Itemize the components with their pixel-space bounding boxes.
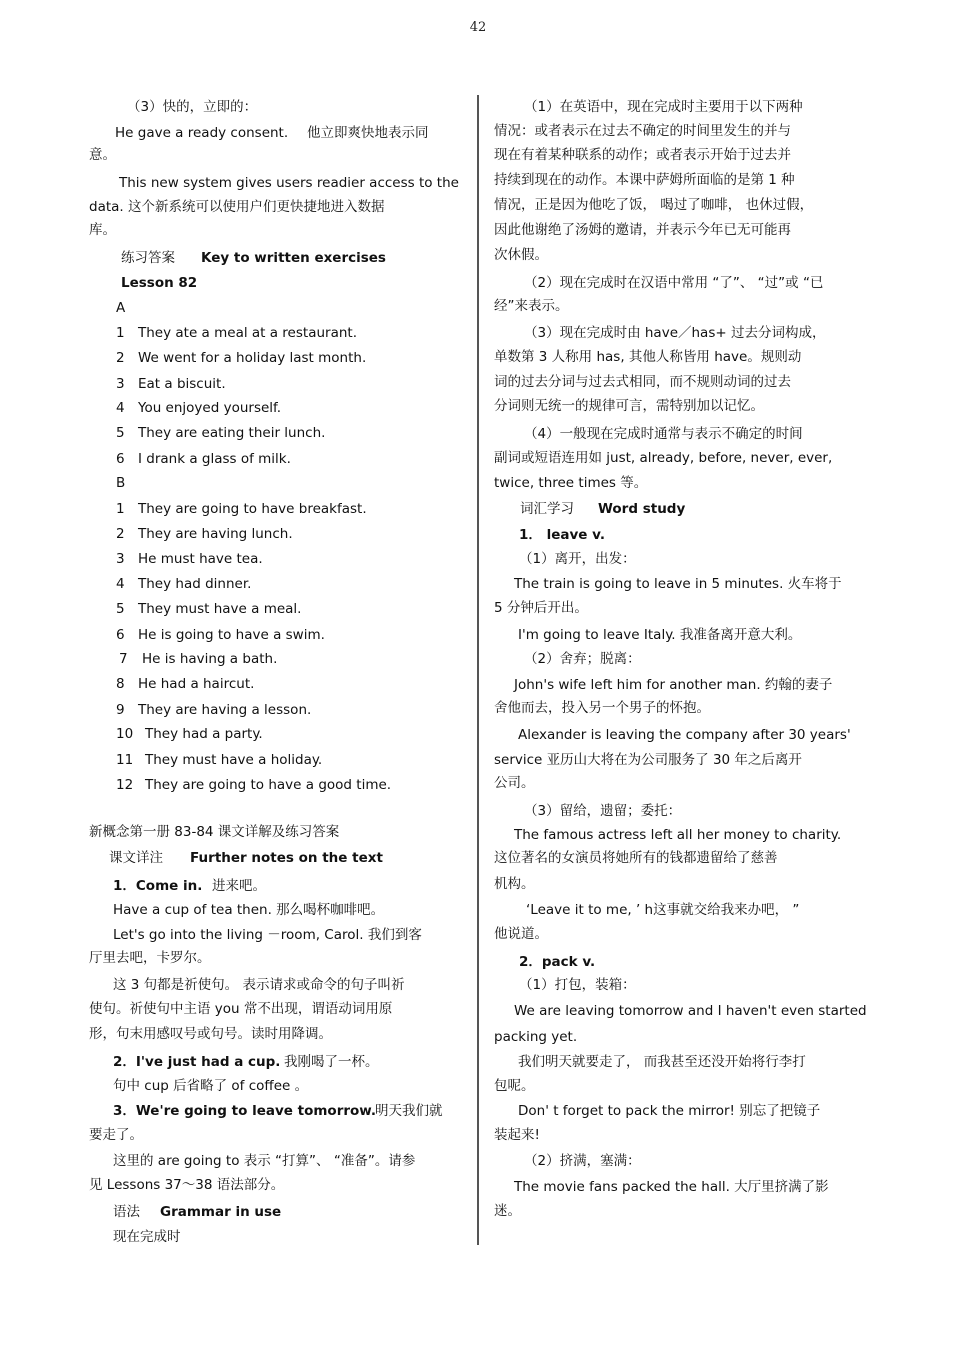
section-heading-en: Word study: [598, 500, 685, 518]
grammar-paragraph: 情况，正是因为他吃了饭， 喝过了咖啡， 也休过假，: [494, 196, 813, 214]
answer-text: He is having a bath.: [142, 650, 277, 668]
grammar-paragraph: 词的过去分词与过去式相同，而不规则动词的过去: [494, 373, 791, 391]
word-sense: （1）离开，出发：: [519, 550, 636, 568]
grammar-paragraph: 持续到现在的动作。本课中萨姆所面临的是第 1 种: [494, 171, 795, 189]
section-heading-zh: 课文详注: [109, 849, 163, 867]
answer-text: I drank a glass of milk.: [138, 450, 291, 468]
example-en-cont: data. 这个新系统可以使用户们更快捷地进入数据: [89, 198, 385, 216]
answer-text: They are going to have breakfast.: [138, 500, 367, 518]
exercise-label: B: [116, 474, 125, 492]
word-example-cont: 公司。: [494, 774, 535, 792]
word-sense: （3）留给，遗留；委托：: [524, 802, 681, 820]
example-en: This new system gives users readier acce…: [119, 174, 459, 192]
answer-number: 2: [116, 349, 125, 367]
note-explanation: 形，句末用感叹号或句号。读时用降调。: [89, 1025, 332, 1043]
answer-text: They are having lunch.: [138, 525, 293, 543]
answer-text: They are going to have a good time.: [145, 776, 391, 794]
example-zh: 他立即爽快地表示同: [307, 124, 429, 142]
word-example: John's wife left him for another man. 约翰…: [514, 676, 832, 694]
word-example: Don' t forget to pack the mirror! 别忘了把镜子: [518, 1102, 820, 1120]
section-heading-zh: 语法: [113, 1203, 140, 1221]
word-example: Alexander is leaving the company after 3…: [518, 726, 851, 744]
grammar-paragraph: （4）一般现在完成时通常与表示不确定的时间: [524, 425, 803, 443]
note-label: 2．I've just had a cup.: [113, 1053, 280, 1071]
answer-number: 11: [116, 751, 133, 769]
note-translation: 我刚喝了一杯。: [284, 1053, 379, 1071]
word-example-cont: packing yet.: [494, 1028, 577, 1046]
word-example-cont: 迷。: [494, 1202, 521, 1220]
grammar-paragraph: 因此他谢绝了汤姆的邀请，并表示今年已无可能再: [494, 221, 791, 239]
grammar-paragraph: （1）在英语中，现在完成时主要用于以下两种: [524, 98, 803, 116]
word-example-cont: 这位著名的女演员将她所有的钱都遗留给了慈善: [494, 849, 778, 867]
example-zh-cont: 库。: [89, 221, 116, 239]
grammar-paragraph: （2）现在完成时在汉语中常用 “了”、 “过”或 “已: [524, 274, 823, 292]
answer-text: They ate a meal at a restaurant.: [138, 324, 357, 342]
word-sense: （1）打包，装箱：: [519, 976, 636, 994]
page-number: 42: [0, 20, 956, 35]
grammar-paragraph: 现在有着某种联系的动作；或者表示开始于过去并: [494, 146, 791, 164]
answer-text: They are eating their lunch.: [138, 424, 325, 442]
answer-text: They had a party.: [145, 725, 263, 743]
exercise-label: A: [116, 299, 125, 317]
answer-number: 12: [116, 776, 133, 794]
section-heading-en: Further notes on the text: [190, 849, 383, 867]
word-example: I'm going to leave Italy. 我准备离开意大利。: [518, 626, 801, 644]
answer-text: He is going to have a swim.: [138, 626, 325, 644]
word-example: The famous actress left all her money to…: [514, 826, 841, 844]
answer-text: You enjoyed yourself.: [138, 399, 281, 417]
note-explanation: 这 3 句都是祈使句。 表示请求或命令的句子叫祈: [113, 976, 404, 994]
column-divider: [477, 95, 479, 1245]
answer-number: 4: [116, 399, 125, 417]
word-example-zh: 我们明天就要走了， 而我甚至还没开始将行李打: [518, 1053, 806, 1071]
section-heading-zh: 词汇学习: [520, 500, 574, 518]
word-example-cont: 他说道。: [494, 925, 548, 943]
word-entry-label: 1． leave v.: [519, 526, 605, 544]
note-explanation: 见 Lessons 37～38 语法部分。: [89, 1176, 284, 1194]
note-example-cont: 厅里去吧，卡罗尔。: [89, 949, 211, 967]
answer-text: Eat a biscuit.: [138, 375, 226, 393]
note-label: 3．We're going to leave tomorrow.: [113, 1102, 376, 1120]
note-explanation: 句中 cup 后省略了 of coffee 。: [113, 1077, 308, 1095]
answer-text: They must have a holiday.: [145, 751, 322, 769]
note-explanation: 这里的 are going to 表示 “打算”、 “准备”。请参: [113, 1152, 415, 1170]
word-example: The train is going to leave in 5 minutes…: [514, 575, 842, 593]
example-en: He gave a ready consent.: [115, 124, 288, 142]
word-example: ‘Leave it to me, ’ h这事就交给我来办吧， ”: [526, 901, 799, 919]
answer-text: They must have a meal.: [138, 600, 301, 618]
answer-number: 10: [116, 725, 133, 743]
answer-number: 6: [116, 626, 125, 644]
word-example-cont: service 亚历山大将在为公司服务了 30 年之后离开: [494, 751, 802, 769]
chapter-title: 新概念第一册 83-84 课文详解及练习答案: [89, 823, 339, 841]
answer-text: We went for a holiday last month.: [138, 349, 366, 367]
note-example: Have a cup of tea then. 那么喝杯咖啡吧。: [113, 901, 384, 919]
word-entry-label: 2．pack v.: [519, 953, 595, 971]
example-zh-cont: 意。: [89, 146, 116, 164]
word-example-cont: 舍他而去，投入另一个男子的怀抱。: [494, 699, 710, 717]
grammar-paragraph: 分词则无统一的规律可言，需特别加以记忆。: [494, 397, 764, 415]
grammar-paragraph: twice, three times 等。: [494, 474, 647, 492]
answer-number: 5: [116, 600, 125, 618]
answer-number: 1: [116, 500, 125, 518]
answer-number: 7: [119, 650, 128, 668]
answer-number: 4: [116, 575, 125, 593]
note-translation: 明天我们就: [375, 1102, 443, 1120]
answer-number: 8: [116, 675, 125, 693]
note-translation: 进来吧。: [212, 877, 266, 895]
answer-number: 3: [116, 550, 125, 568]
word-example-cont: 机构。: [494, 875, 535, 893]
answer-text: He must have tea.: [138, 550, 263, 568]
answer-number: 5: [116, 424, 125, 442]
grammar-paragraph: 情况：或者表示在过去不确定的时间里发生的并与: [494, 122, 791, 140]
word-example: We are leaving tomorrow and I haven't ev…: [514, 1002, 867, 1020]
word-sense: （2）舍弃；脱离：: [524, 650, 641, 668]
answer-number: 6: [116, 450, 125, 468]
grammar-paragraph: （3）现在完成时由 have／has+ 过去分词构成，: [524, 324, 825, 342]
note-example: Let's go into the living －room, Carol. 我…: [113, 926, 422, 944]
word-example-zh-cont: 包呢。: [494, 1077, 535, 1095]
note-label: 1．Come in.: [113, 877, 202, 895]
word-example-cont: 5 分钟后开出。: [494, 599, 588, 617]
word-sense: （2）挤满，塞满：: [524, 1152, 641, 1170]
note-explanation: 使句。祈使句中主语 you 常不出现，谓语动词用原: [89, 1000, 392, 1018]
answer-text: They are having a lesson.: [138, 701, 311, 719]
grammar-topic: 现在完成时: [113, 1228, 181, 1246]
answer-number: 9: [116, 701, 125, 719]
answer-text: He had a haircut.: [138, 675, 254, 693]
answer-number: 3: [116, 375, 125, 393]
grammar-paragraph: 副词或短语连用如 just, already, before, never, e…: [494, 449, 832, 467]
grammar-paragraph: 单数第 3 人称用 has, 其他人称皆用 have。规则动: [494, 348, 801, 366]
grammar-paragraph: 经”来表示。: [494, 297, 569, 315]
answer-number: 2: [116, 525, 125, 543]
grammar-paragraph: 次休假。: [494, 246, 548, 264]
lesson-title: Lesson 82: [121, 274, 197, 292]
note-translation-cont: 要走了。: [89, 1126, 143, 1144]
section-heading-en: Key to written exercises: [201, 249, 386, 267]
word-example: The movie fans packed the hall. 大厅里挤满了影: [514, 1178, 829, 1196]
section-heading-en: Grammar in use: [160, 1203, 281, 1221]
section-heading-zh: 练习答案: [121, 249, 175, 267]
definition-heading: （3）快的，立即的：: [127, 98, 257, 116]
word-example-cont: 装起来!: [494, 1126, 540, 1144]
answer-text: They had dinner.: [138, 575, 251, 593]
answer-number: 1: [116, 324, 125, 342]
